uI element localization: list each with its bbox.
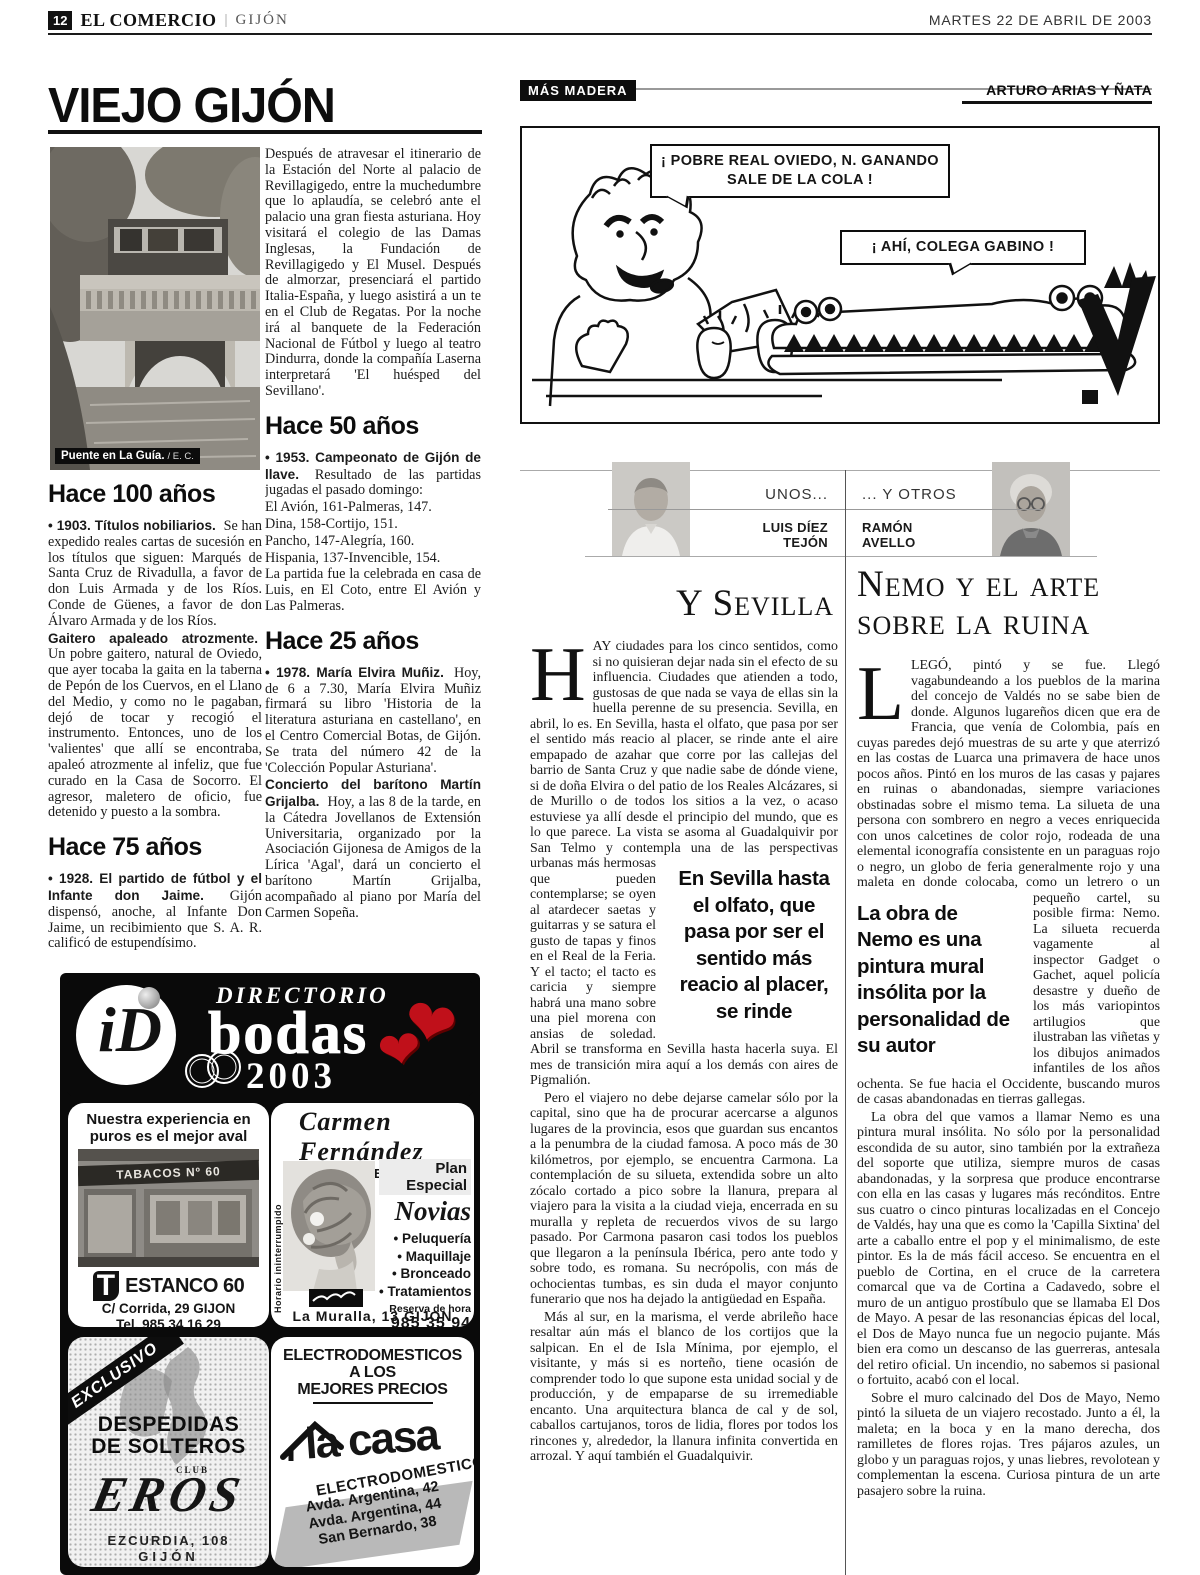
title-underline: [48, 130, 482, 134]
story-1903: • 1903. Títulos nobiliarios. Se han expe…: [48, 518, 262, 630]
service-item: • Peluquería: [379, 1230, 471, 1248]
ad-estanco-60[interactable]: Nuestra experiencia en puros es el mejor…: [68, 1103, 269, 1327]
heading-hace-100: Hace 100 años: [48, 480, 262, 509]
comic-author-rule: [962, 101, 1152, 104]
opinion-label-right: ... Y OTROS: [862, 486, 1012, 503]
ad-estanco-name: ESTANCO 60: [125, 1275, 244, 1298]
ad-eros-city: GIJÓN: [68, 1549, 269, 1564]
ad-lacasa-line-3: MEJORES PRECIOS: [271, 1381, 474, 1398]
ad-carmen-logo-mark: [309, 1289, 363, 1307]
ad-eros-line-2: DE SOLTEROS: [68, 1435, 269, 1459]
ad-lacasa-logo-block: la casa ELECTRODOMESTICOS: [271, 1415, 474, 1485]
speech-bubble-1: ¡ POBRE REAL OVIEDO, N. GANANDO SALE DE …: [650, 144, 950, 198]
result-line: Dina, 158-Cortijo, 151.: [265, 517, 481, 533]
directorio-logo-dot: [138, 987, 160, 1009]
ad-bodas-art: iD DIRECTORIO bodas 2003 ❤ ❤: [66, 979, 474, 1097]
viejo-gijon-title: VIEJO GIJÓN: [48, 76, 335, 134]
nemo-paragraph-1: L LEGÓ, pintó y se fue. Llegó vagabundea…: [857, 658, 1160, 1108]
nemo-title-line-1: Nemo y el arte: [857, 566, 1100, 605]
opinion-label-left: UNOS...: [700, 486, 828, 503]
estanco-logo-icon: T: [93, 1271, 119, 1301]
ad-carmen-address: La Muralla, 13 GIJON: [271, 1308, 474, 1324]
directorio-logo: iD: [76, 985, 176, 1085]
story-gaitero-lead: Gaitero apaleado atrozmente.: [48, 631, 258, 646]
ad-eros-logo: EROS: [68, 1465, 269, 1523]
opinion-label-rule: [608, 509, 1042, 510]
ad-estanco-photo: TABACOS Nº 60: [78, 1149, 259, 1267]
drop-cap-nemo: L: [857, 658, 911, 724]
pull-quote-nemo: La obra de Nemo es una pintura mural ins…: [857, 901, 1017, 1060]
speech-bubble-2-text: ¡ AHÍ, COLEGA GABINO !: [872, 239, 1055, 255]
ad-bodas-year: 2003: [246, 1055, 336, 1097]
bridal-hairstyle-illustration: [283, 1161, 375, 1291]
article-nemo: Nemo y el arte sobre la ruina L LEGÓ, pi…: [857, 566, 1160, 1575]
newspaper-page: 12 EL COMERCIO | GIJÓN MARTES 22 DE ABRI…: [0, 0, 1200, 1575]
story-concierto: Concierto del barítono Martín Grijalba. …: [265, 777, 481, 921]
advertising-block: iD DIRECTORIO bodas 2003 ❤ ❤ Nuestra exp…: [60, 973, 480, 1575]
article-y-sevilla: Y Sevilla H AY ciudades para los cinco s…: [530, 585, 838, 1575]
service-item: • Bronceado: [379, 1265, 471, 1283]
story-1953: • 1953. Campeonato de Gijón de llave. Re…: [265, 450, 481, 499]
ad-carmen-offer: Plan Especial Novias • Peluquería • Maqu…: [379, 1159, 471, 1327]
masthead-separator: |: [225, 12, 228, 29]
bridge-photo-illustration: [50, 147, 260, 470]
photo-caption-text: Puente en La Guía.: [61, 450, 165, 462]
service-item: • Maquillaje: [379, 1248, 471, 1266]
heading-hace-50: Hace 50 años: [265, 412, 481, 441]
wedding-rings-icon: [178, 1049, 248, 1091]
article-body-nemo: L LEGÓ, pintó y se fue. Llegó vagabundea…: [857, 658, 1160, 1499]
column-divider: [845, 470, 846, 1575]
heading-hace-75: Hace 75 años: [48, 833, 262, 862]
columnist-name-left: LUIS DÍEZ TEJÓN: [718, 520, 828, 550]
ad-estanco-phone: Tel. 985 34 16 29: [68, 1317, 269, 1327]
photo-credit: / E. C.: [168, 451, 194, 462]
page-number: 12: [48, 11, 72, 30]
result-line: El Avión, 161-Palmeras, 147.: [265, 500, 481, 516]
story-gaitero-text: Un pobre gaitero, natural de Oviedo, que…: [48, 646, 262, 820]
heading-hace-25: Hace 25 años: [265, 627, 481, 656]
story-1903-lead: • 1903. Títulos nobiliarios.: [48, 518, 216, 533]
opinion-bottom-rule: [585, 556, 1097, 557]
photo-caption: Puente en La Guía./ E. C.: [55, 448, 200, 464]
result-line: Hispania, 137-Invencible, 154.: [265, 551, 481, 567]
edition-date: MARTES 22 DE ABRIL DE 2003: [929, 12, 1152, 28]
story-1953-closing: La partida fue la celebrada en casa de L…: [265, 567, 481, 614]
viejo-gijon-column-1: Hace 100 años • 1903. Títulos nobiliario…: [48, 480, 262, 972]
ad-carmen-photo: [283, 1161, 375, 1291]
viejo-gijon-column-2: Después de atravesar el itinerario de la…: [265, 147, 481, 975]
columnist-name-right: RAMÓN AVELLO: [862, 520, 952, 550]
ad-lacasa-line-2: A LOS: [271, 1364, 474, 1381]
story-gaitero: Gaitero apaleado atrozmente. Un pobre ga…: [48, 631, 262, 822]
ad-estanco-headline: Nuestra experiencia en puros es el mejor…: [74, 1111, 263, 1145]
comic-kicker: MÁS MADERA: [520, 80, 636, 101]
page-header: 12 EL COMERCIO | GIJÓN MARTES 22 DE ABRI…: [48, 8, 1152, 32]
drop-cap-sevilla: H: [530, 639, 593, 705]
article-body-sevilla: H AY ciudades para los cinco sentidos, c…: [530, 639, 838, 1465]
comic-author: ARTURO ARIAS Y ÑATA: [952, 82, 1152, 98]
ad-eros-address: EZCURDIA, 108: [68, 1533, 269, 1548]
ad-lacasa-rule: [313, 1402, 433, 1404]
masthead: EL COMERCIO: [80, 10, 216, 31]
article-title-nemo: Nemo y el arte sobre la ruina: [857, 566, 1160, 642]
sevilla-paragraph-2: Pero el viajero no debe dejarse camelar …: [530, 1091, 838, 1308]
heart-balloon-icon: ❤: [397, 982, 463, 1065]
story-concierto-text: Hoy, a las 8 de la tarde, en la Cátedra …: [265, 794, 481, 921]
header-rule: [48, 33, 1152, 35]
ad-carmen-fernandez[interactable]: Carmen Fernández CENTRO DE ESTETICA INTE…: [271, 1103, 474, 1327]
ad-lacasa-logo: la casa: [303, 1410, 439, 1469]
ad-carmen-name: Carmen Fernández: [299, 1107, 474, 1167]
ad-carmen-schedule-note: Horario ininterrumpido: [273, 1163, 283, 1313]
ad-la-casa[interactable]: ELECTRODOMESTICOS A LOS MEJORES PRECIOS …: [271, 1337, 474, 1567]
nemo-paragraph-3: Sobre el muro calcinado del Dos de Mayo,…: [857, 1391, 1160, 1500]
ad-estanco-logo-row: T ESTANCO 60: [68, 1271, 269, 1301]
ad-lacasa-line-1: ELECTRODOMESTICOS: [271, 1347, 474, 1364]
ad-estanco-address: C/ Corrida, 29 GIJON: [68, 1301, 269, 1317]
sevilla-paragraph-3: Más al sur, en la marisma, el verde abri…: [530, 1310, 838, 1465]
speech-bubble-2: ¡ AHÍ, COLEGA GABINO !: [840, 230, 1086, 265]
pull-quote-sevilla: En Sevilla hasta el olfato, que pasa por…: [670, 866, 838, 1025]
speech-bubble-1-text: ¡ POBRE REAL OVIEDO, N. GANANDO SALE DE …: [661, 153, 939, 188]
result-line: Pancho, 147-Alegría, 160.: [265, 534, 481, 550]
story-1978-lead: • 1978. María Elvira Muñiz.: [265, 665, 444, 680]
service-item: • Tratamientos: [379, 1283, 471, 1301]
sevilla-paragraph-1: H AY ciudades para los cinco sentidos, c…: [530, 639, 838, 1089]
comic-panel: ¡ POBRE REAL OVIEDO, N. GANANDO SALE DE …: [520, 126, 1160, 424]
ad-eros-line-1: DESPEDIDAS: [68, 1413, 269, 1437]
article-title-sevilla: Y Sevilla: [530, 585, 838, 623]
bridge-photo: Puente en La Guía./ E. C.: [50, 147, 260, 470]
story-1928: • 1928. El partido de fútbol y el Infant…: [48, 871, 262, 952]
nemo-title-line-2: sobre la ruina: [857, 602, 1090, 643]
ad-bodas-2003[interactable]: iD DIRECTORIO bodas 2003 ❤ ❤: [66, 979, 474, 1097]
story-1978: • 1978. María Elvira Muñiz. Hoy, de 6 a …: [265, 665, 481, 777]
section-name: GIJÓN: [236, 12, 289, 29]
nemo-paragraph-2: La obra del que vamos a llamar Nemo es u…: [857, 1110, 1160, 1389]
story-1978-text: Hoy, de 6 a 7.30, María Elvira Muñiz fir…: [265, 665, 481, 776]
ad-club-eros[interactable]: EXCLUSIVO DESPEDIDAS DE SOLTEROS CLUB ER…: [68, 1337, 269, 1567]
story-1903-text: Se han expedido reales cartas de sucesió…: [48, 518, 262, 629]
story-intro: Después de atravesar el itinerario de la…: [265, 147, 481, 400]
ad-carmen-plan: Plan Especial: [379, 1159, 471, 1195]
ad-carmen-novias: Novias: [379, 1196, 471, 1227]
